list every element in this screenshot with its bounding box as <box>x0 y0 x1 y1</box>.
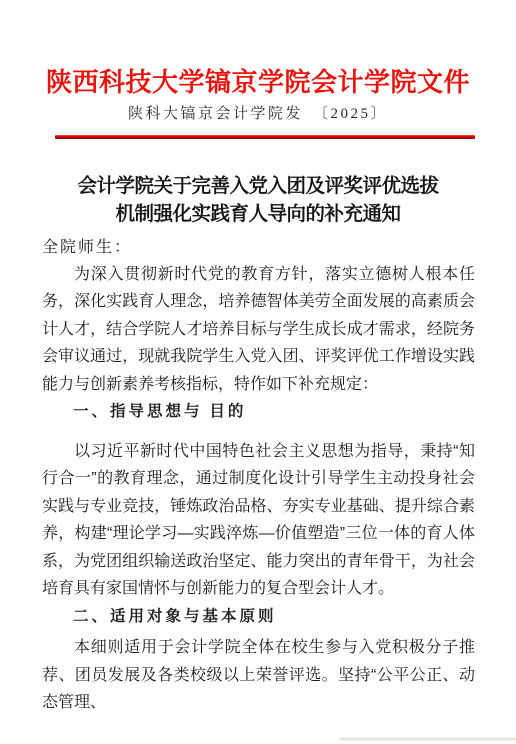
document-title-line1: 会计学院关于完善入党入团及评奖评优选拔 <box>0 172 516 200</box>
section-heading-scope-principles: 二、适用对象与基本原则 <box>42 603 475 631</box>
document-page: 陕西科技大学镐京学院会计学院文件 陕科大镐京会计学院发 〔2025〕 会计学院关… <box>0 0 516 744</box>
paragraph-scope: 本细则适用于会计学院全体在校生参与入党积极分子推荐、团员发展及各类校级以上荣誉评… <box>42 634 475 717</box>
salutation: 全院师生： <box>42 234 516 261</box>
paragraph-intro: 为深入贯彻新时代党的教育方针，落实立德树人根本任务，深化实践育人理念，培养德智体… <box>42 261 475 399</box>
document-number: 陕科大镐京会计学院发 〔2025〕 <box>0 102 516 126</box>
scan-edge-shadow <box>340 738 516 740</box>
section-heading-guiding-ideology: 一、指导思想与 目的 <box>42 398 475 426</box>
document-title-line2: 机制强化实践育人导向的补充通知 <box>0 200 516 228</box>
red-divider-line <box>55 135 475 139</box>
document-header-title: 陕西科技大学镐京学院会计学院文件 <box>0 64 516 100</box>
paragraph-guiding-ideology: 以习近平新时代中国特色社会主义思想为指导，秉持“知行合一”的教育理念，通过制度化… <box>42 438 475 603</box>
document-title: 会计学院关于完善入党入团及评奖评优选拔 机制强化实践育人导向的补充通知 <box>0 172 516 228</box>
